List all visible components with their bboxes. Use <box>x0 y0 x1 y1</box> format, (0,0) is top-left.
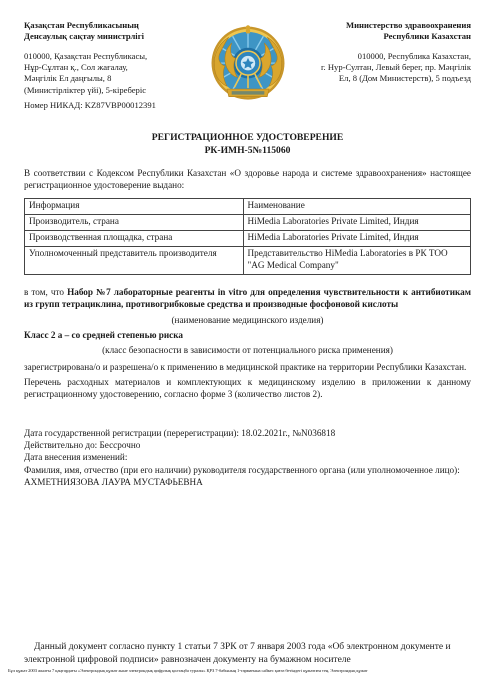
row-value-authorized-representative: Представительство HiMedia Laboratories в… <box>243 247 470 275</box>
address-kk-line1: 010000, Қазақстан Республикасы, <box>24 51 199 62</box>
registration-details: Дата государственной регистрации (перере… <box>24 427 471 489</box>
device-name-paragraph: в том, что Набор №7 лабораторные реагент… <box>24 286 471 310</box>
footer-tiny-kazakh-line: Бұл құжат 2003 жылғы 7 қаңтардағы «Элект… <box>8 669 493 674</box>
footer-legal-text: Данный документ согласно пункту 1 статьи… <box>24 642 451 665</box>
address-ru-line1: 010000, Республика Казахстан, <box>297 51 472 62</box>
table-header-row: Информация Наименование <box>25 199 471 215</box>
kazakhstan-coat-of-arms-icon <box>199 18 297 114</box>
col-header-information: Информация <box>25 199 244 215</box>
manufacturer-table: Информация Наименование Производитель, с… <box>24 198 471 275</box>
address-kk-line3: Мәңгілік Ел даңғылы, 8 <box>24 73 199 84</box>
row-value-production-site: HiMedia Laboratories Private Limited, Ин… <box>243 231 470 247</box>
footer-legal-paragraph: Данный документ согласно пункту 1 статьи… <box>24 641 471 668</box>
device-name-caption: (наименование медицинского изделия) <box>24 315 471 325</box>
registration-certificate-page: Қазақстан Республикасының Денсаулық сақт… <box>0 0 495 700</box>
ministry-name-kk-line2: Денсаулық сақтау министрлігі <box>24 31 199 42</box>
address-kk-line4: (Министірліктер үйі), 5-кіреберіс <box>24 85 199 96</box>
device-name: Набор №7 лабораторные реагенты in vitro … <box>24 287 471 309</box>
row-value-manufacturer: HiMedia Laboratories Private Limited, Ин… <box>243 215 470 231</box>
registered-paragraph: зарегистрирована/о и разрешена/о к приме… <box>24 361 471 373</box>
risk-class-caption: (класс безопасности в зависимости от пот… <box>24 345 471 355</box>
address-ru-line3: Ел, 8 (Дом Министерств), 5 подъезд <box>297 73 472 84</box>
registration-date-line: Дата государственной регистрации (перере… <box>24 427 471 439</box>
header-right-russian: Министерство здравоохранения Республики … <box>297 20 472 85</box>
risk-class-line: Класс 2 а – со средней степенью риска <box>24 330 471 340</box>
col-header-name: Наименование <box>243 199 470 215</box>
device-name-prefix: в том, что <box>24 287 67 297</box>
document-number: РК-ИМН-5№115060 <box>24 145 471 158</box>
ministry-name-ru-line1: Министерство здравоохранения <box>297 20 472 31</box>
valid-until-line: Действительно до: Бессрочно <box>24 439 471 451</box>
row-label-manufacturer: Производитель, страна <box>25 215 244 231</box>
table-row: Производственная площадка, страна HiMedi… <box>25 231 471 247</box>
amendment-date-line: Дата внесения изменений: <box>24 451 471 463</box>
official-name-line: Фамилия, имя, отчество (при его наличии)… <box>24 464 471 489</box>
row-label-authorized-representative: Уполномоченный представитель производите… <box>25 247 244 275</box>
document-header: Қазақстан Республикасының Денсаулық сақт… <box>24 20 471 114</box>
ministry-name-ru-line2: Республики Казахстан <box>297 31 472 42</box>
address-kk-line2: Нұр-Сұлтан қ., Сол жағалау, <box>24 62 199 73</box>
ministry-name-kk-line1: Қазақстан Республикасының <box>24 20 199 31</box>
annex-paragraph: Перечень расходных материалов и комплект… <box>24 376 471 400</box>
nikad-number: Номер НИКАД: KZ87VBP00012391 <box>24 100 199 111</box>
table-row: Производитель, страна HiMedia Laboratori… <box>25 215 471 231</box>
row-label-production-site: Производственная площадка, страна <box>25 231 244 247</box>
document-title-line1: РЕГИСТРАЦИОННОЕ УДОСТОВЕРЕНИЕ <box>24 132 471 145</box>
document-title: РЕГИСТРАЦИОННОЕ УДОСТОВЕРЕНИЕ РК-ИМН-5№1… <box>24 132 471 158</box>
table-row: Уполномоченный представитель производите… <box>25 247 471 275</box>
header-left-kazakh: Қазақстан Республикасының Денсаулық сақт… <box>24 20 199 111</box>
intro-paragraph: В соответствии с Кодексом Республики Каз… <box>24 167 471 191</box>
address-ru-line2: г. Нур-Султан, Левый берег, пр. Мәңгілік <box>297 62 472 73</box>
